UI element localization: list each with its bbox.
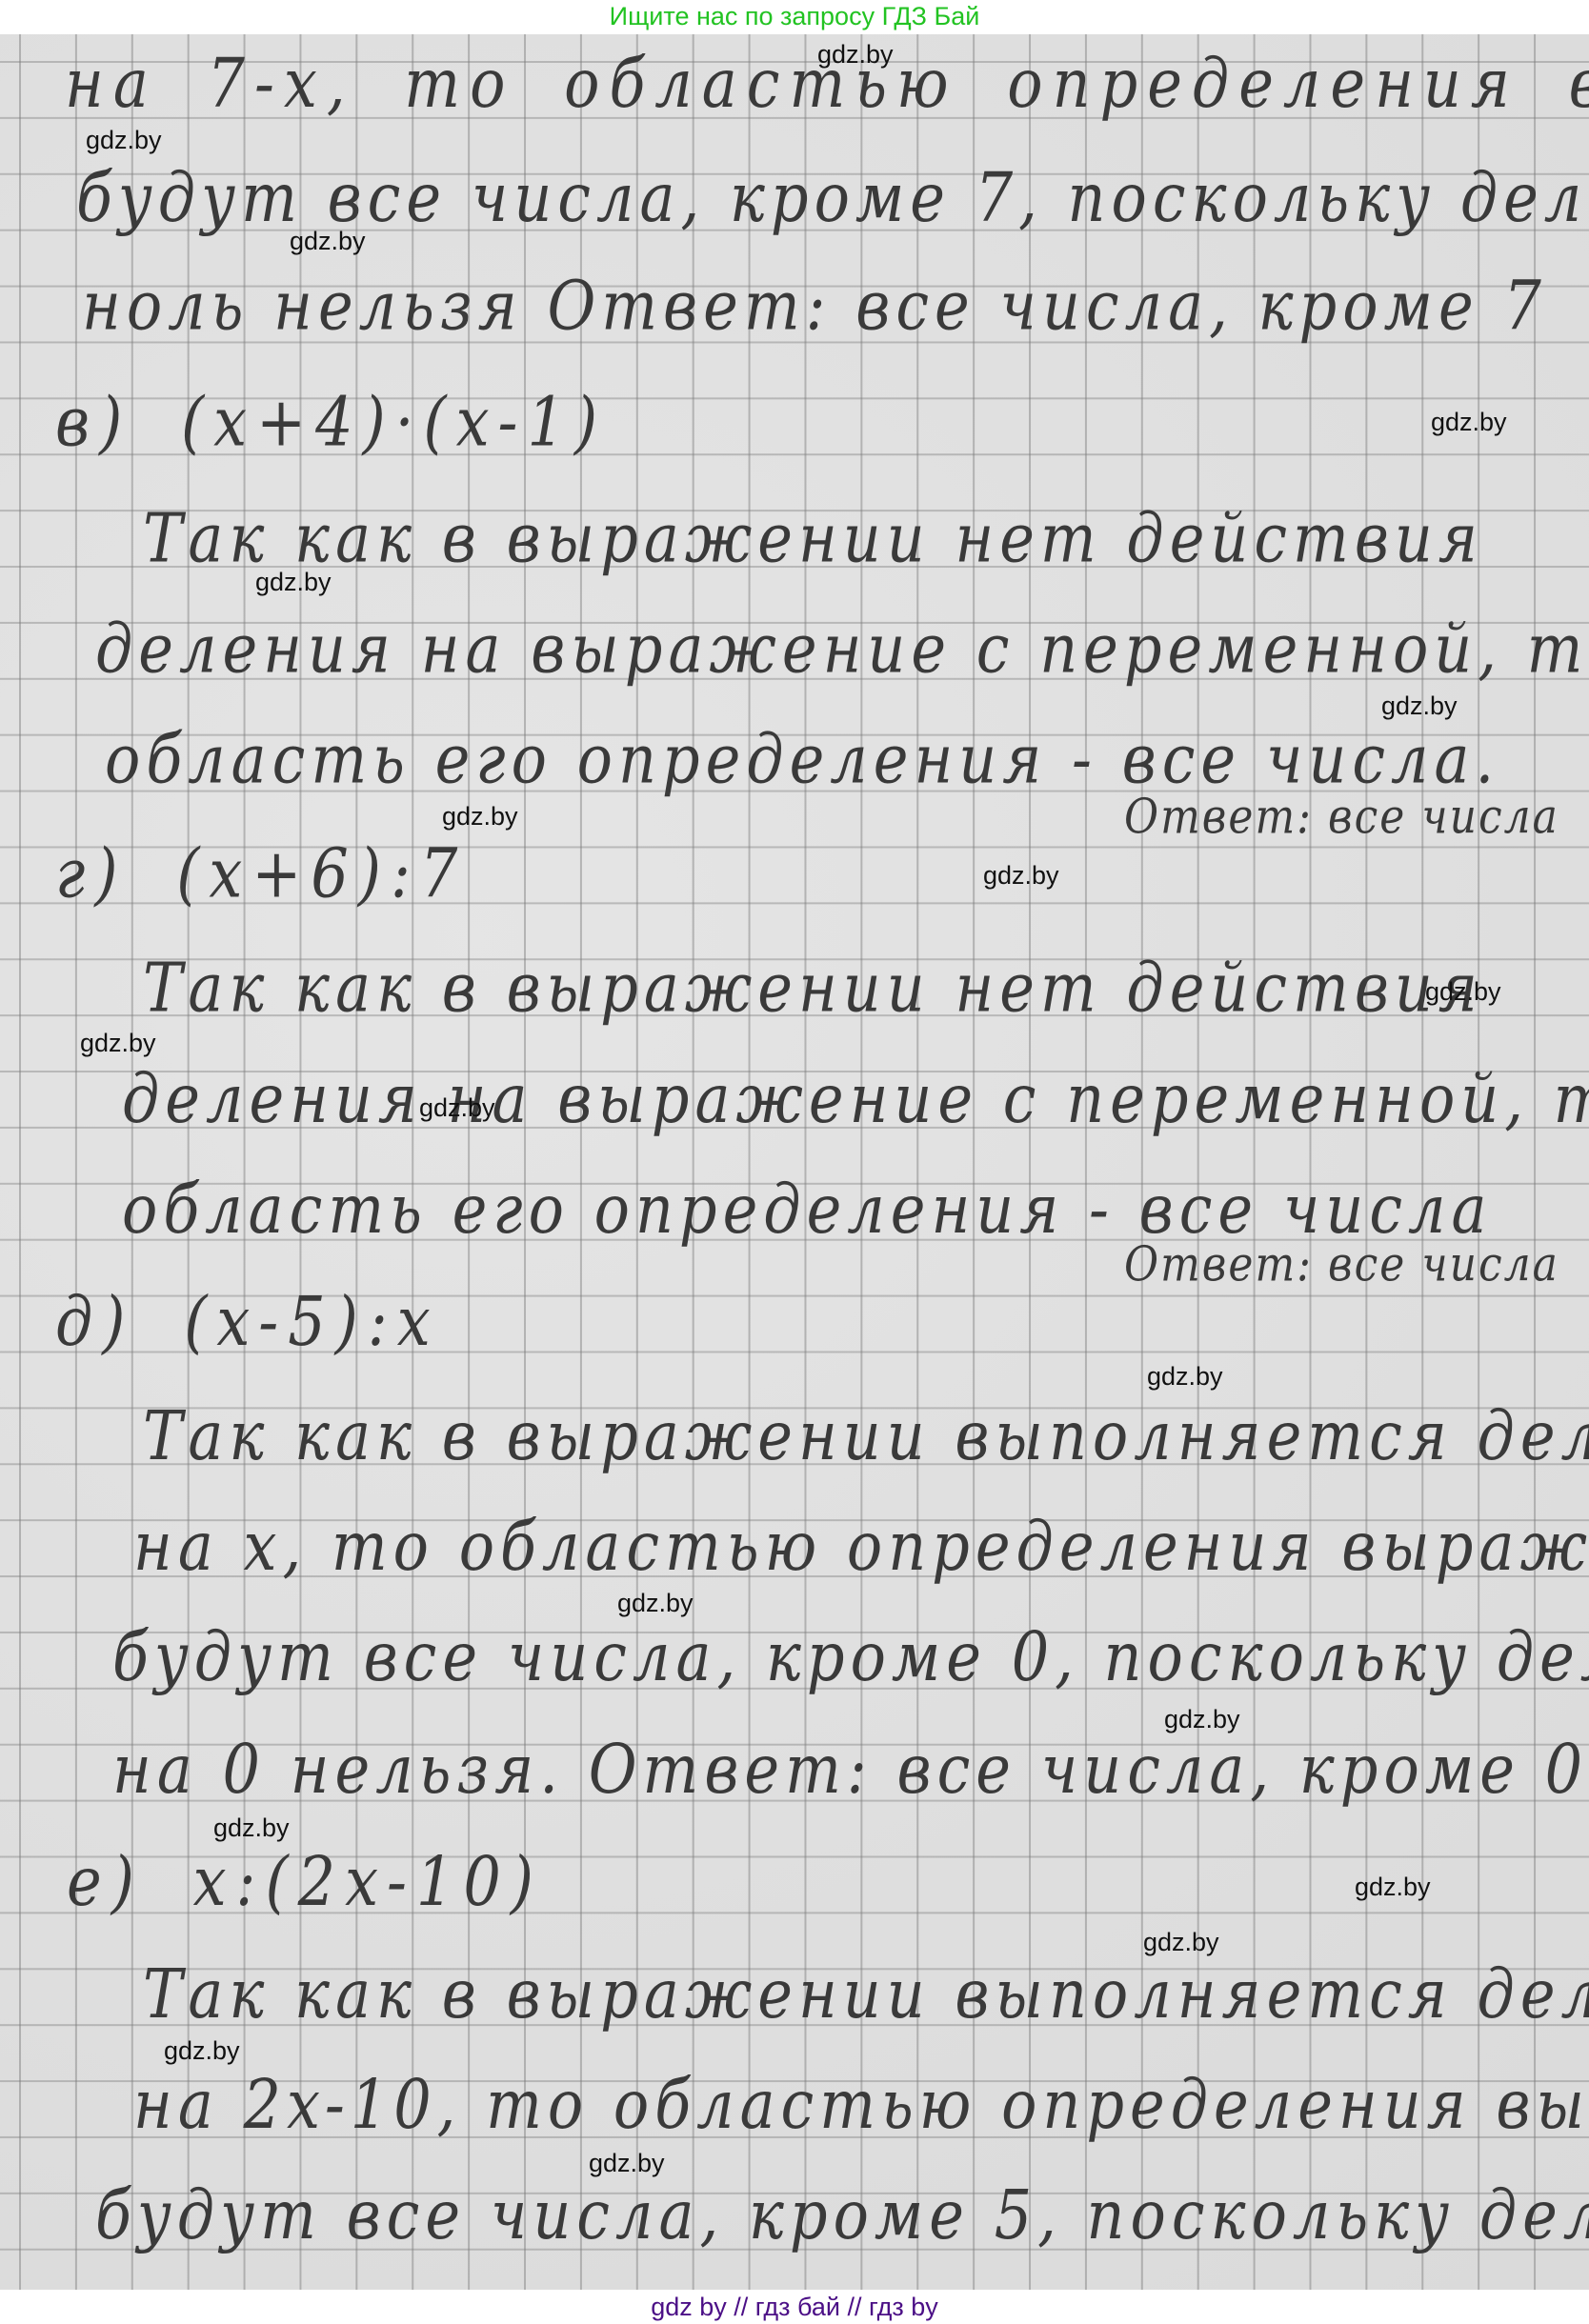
watermark: gdz.by (442, 802, 518, 831)
watermark: gdz.by (1164, 1705, 1240, 1734)
watermark: gdz.by (1425, 977, 1501, 1007)
answer-text: Ответ: все числа (1124, 789, 1559, 845)
handwritten-line: будут все числа, кроме 0, поскольку дели… (112, 1616, 1589, 1696)
exercise-label-v: в) (x+4)·(x-1) (55, 382, 607, 462)
handwritten-line: будут все числа, кроме 5, поскольку дели… (95, 2174, 1589, 2254)
watermark: gdz.by (1381, 691, 1458, 721)
footer-links-banner: gdz by // гдз бай // гдз by (0, 2290, 1589, 2324)
exercise-label-e: е) x:(2x-10) (67, 1841, 543, 1921)
handwritten-line: деления на выражение с переменной, то (95, 609, 1589, 689)
handwritten-line: Так как в выражении нет действия (143, 498, 1483, 578)
watermark: gdz.by (1147, 1362, 1223, 1392)
handwritten-line: деления на выражение с переменной, то (122, 1058, 1589, 1138)
watermark: gdz.by (255, 568, 332, 597)
watermark: gdz.by (213, 1813, 290, 1843)
watermark: gdz.by (617, 1589, 694, 1618)
exercise-label-d: д) (x-5):x (55, 1281, 440, 1361)
watermark: gdz.by (1431, 408, 1507, 437)
handwritten-line: на 2x-10, то областью определения выраже… (133, 2064, 1589, 2144)
watermark: gdz.by (419, 1093, 495, 1123)
search-hint-banner: Ищите нас по запросу ГДЗ Бай (0, 0, 1589, 34)
handwritten-line: Так как в выражении нет действия (143, 948, 1483, 1028)
watermark: gdz.by (983, 861, 1059, 891)
handwritten-line: на x, то областью определения выражения (133, 1506, 1589, 1586)
handwritten-line: ноль нельзя Ответ: все числа, кроме 7 (82, 266, 1547, 346)
answer-text: Ответ: все числа (1124, 1236, 1559, 1292)
notebook-page: на 7-x, то областью определения выражени… (0, 34, 1589, 2290)
watermark: gdz.by (1143, 1928, 1219, 1957)
watermark: gdz.by (1355, 1873, 1431, 1902)
handwritten-line: область его определения - все числа. (105, 719, 1499, 799)
handwritten-line: Так как в выражении выполняется деление (143, 1395, 1589, 1475)
watermark: gdz.by (290, 227, 366, 256)
handwritten-line: будут все числа, кроме 7, поскольку дели… (76, 157, 1589, 237)
watermark: gdz.by (589, 2149, 665, 2178)
exercise-label-g: г) (x+6):7 (55, 833, 467, 913)
watermark: gdz.by (80, 1029, 156, 1058)
watermark: gdz.by (817, 40, 894, 70)
handwritten-line: на 0 нельзя. Ответ: все числа, кроме 0 (112, 1729, 1588, 1809)
watermark: gdz.by (86, 126, 162, 155)
handwritten-line: Так как в выражении выполняется деление (143, 1953, 1589, 2033)
watermark: gdz.by (164, 2036, 240, 2066)
